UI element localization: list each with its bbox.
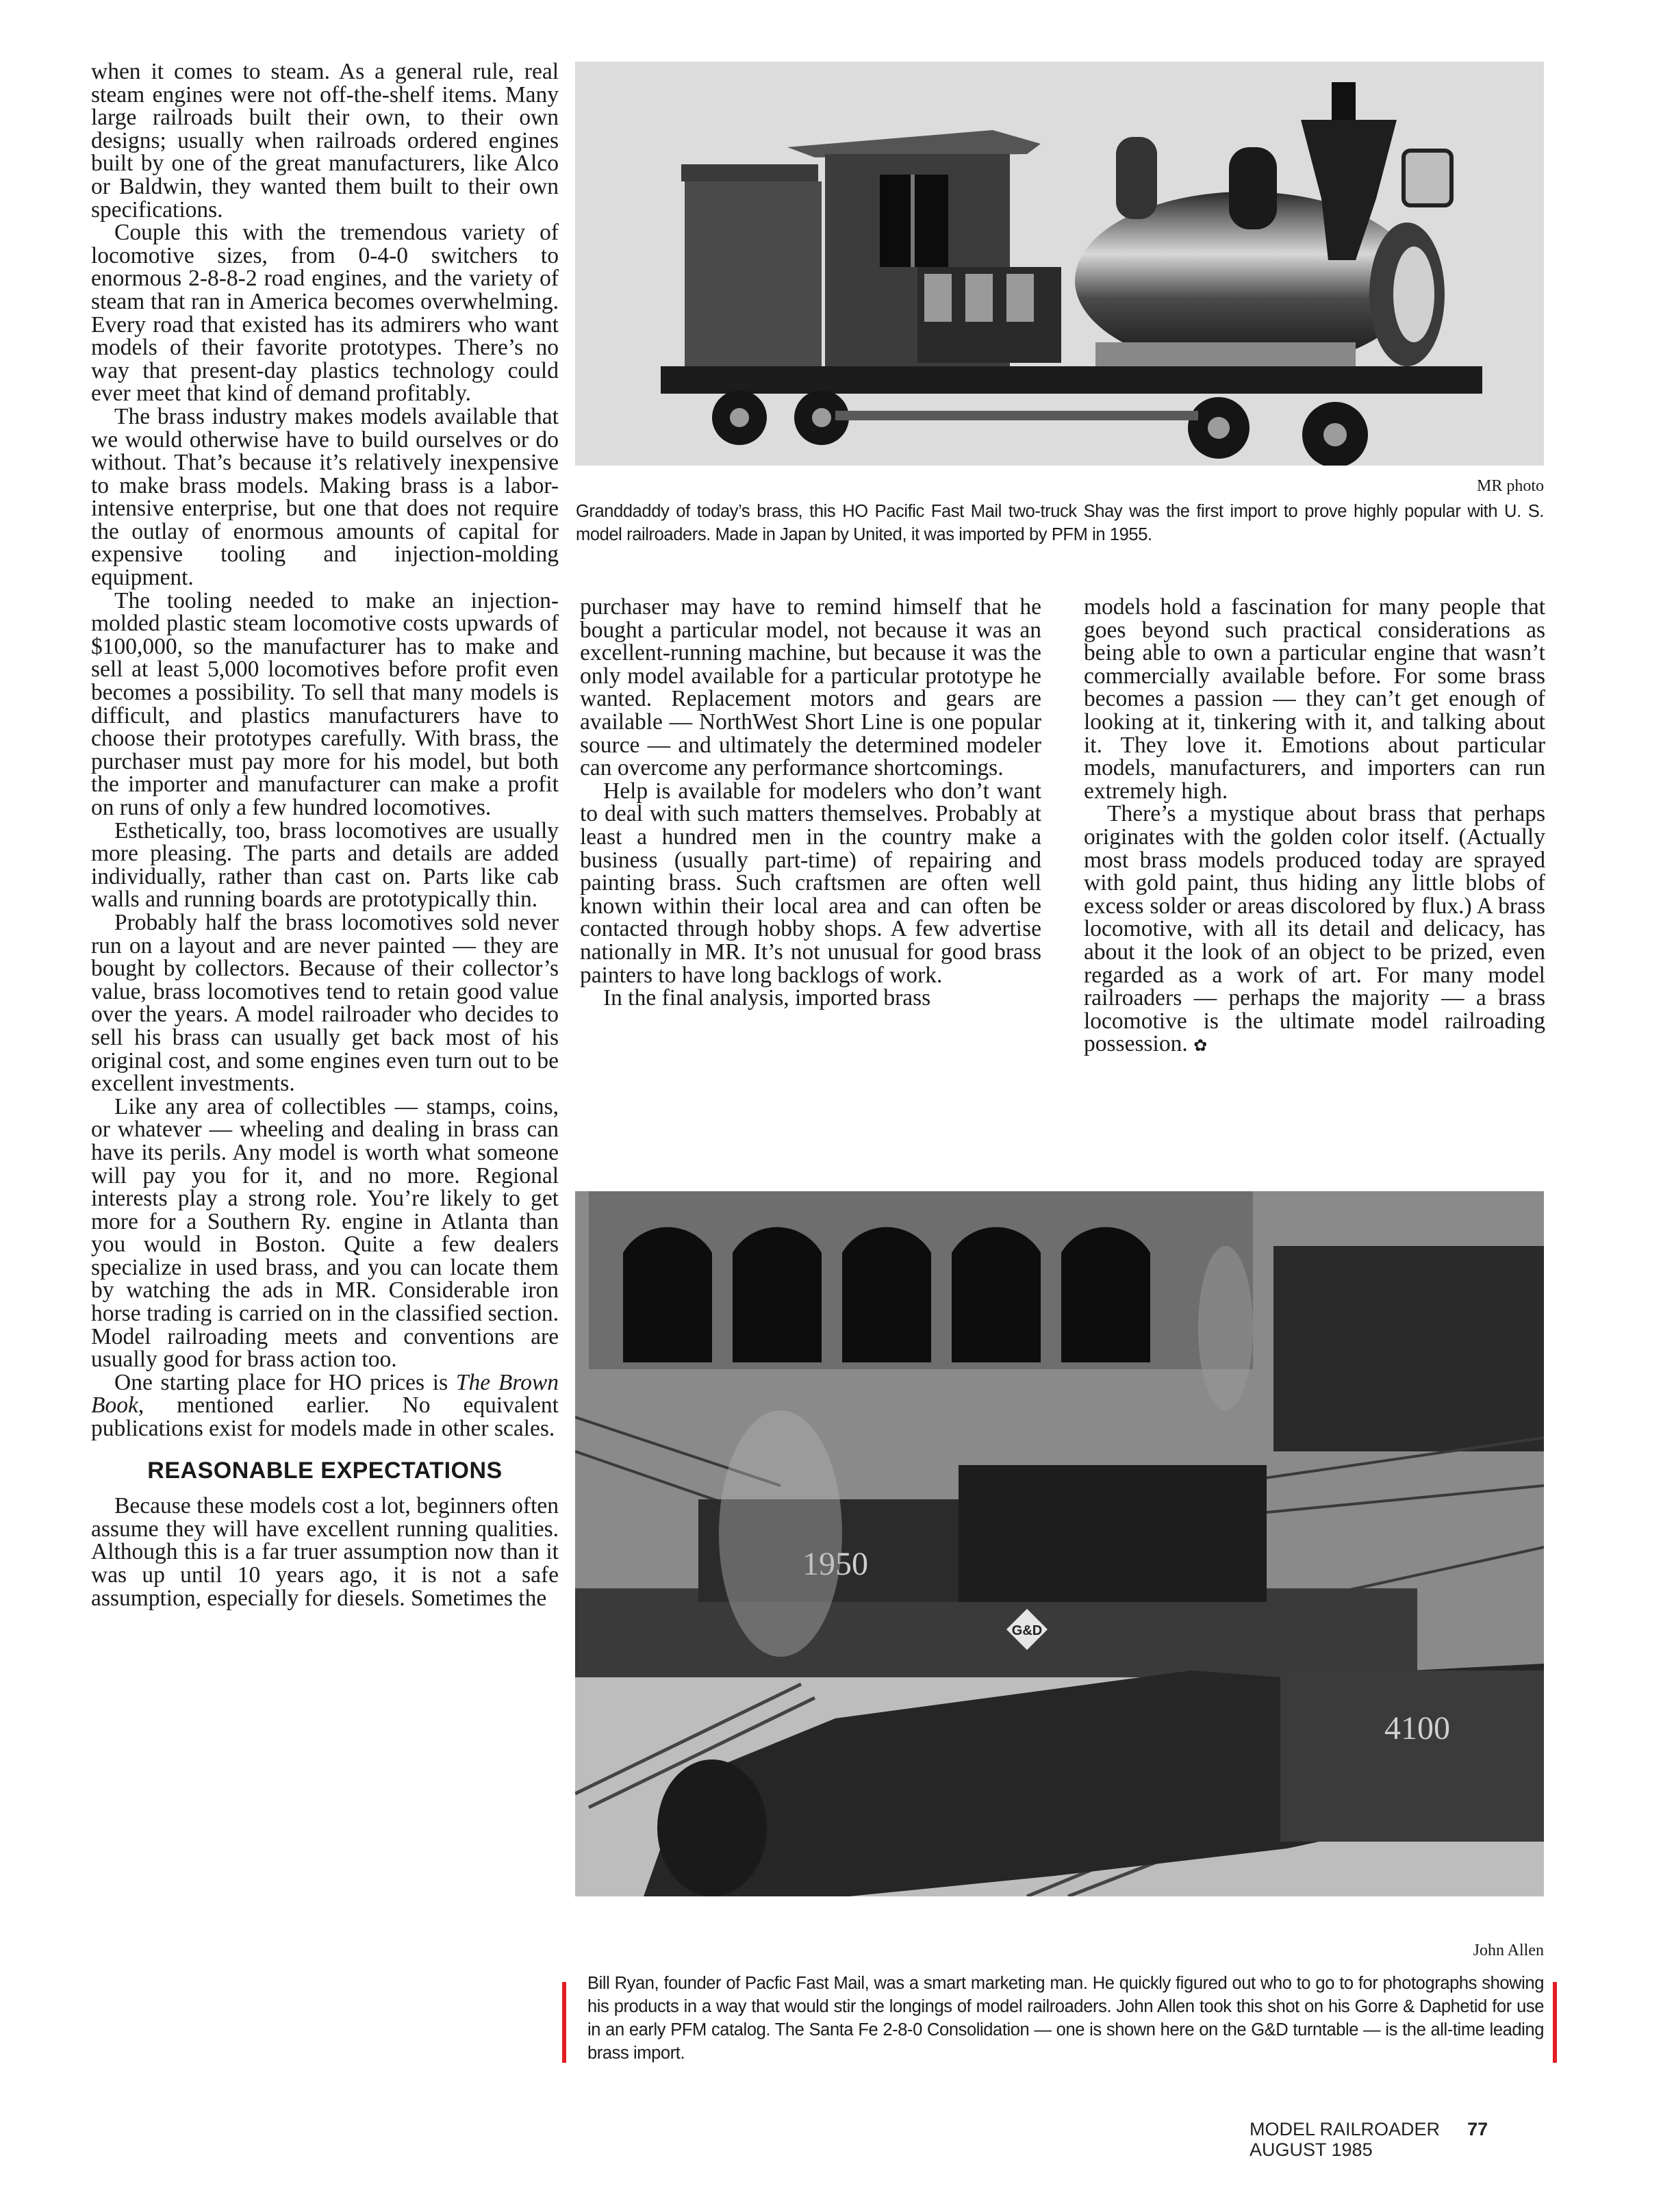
caption-accent-bar-left: [562, 1982, 566, 2063]
caption-accent-bar-right: [1553, 1982, 1557, 2063]
paragraph: Couple this with the tremendous variety …: [91, 221, 559, 405]
issue-date: AUGUST 1985: [1250, 2139, 1488, 2160]
photo-caption: Granddaddy of today’s brass, this HO Pac…: [576, 500, 1544, 546]
page-footer: MODEL RAILROADER77 AUGUST 1985: [1250, 2119, 1488, 2160]
photo-credit: John Allen: [1369, 1942, 1544, 1960]
article-column-2: purchaser may have to remind himself tha…: [580, 596, 1041, 1010]
paragraph: models hold a fascination for many peopl…: [1084, 596, 1545, 802]
paragraph: Because these models cost a lot, beginne…: [91, 1495, 559, 1610]
article-column-1: when it comes to steam. As a general rul…: [91, 60, 559, 1610]
paragraph: The tooling needed to make an injection-…: [91, 589, 559, 819]
turntable-emblem: G&D: [1012, 1623, 1042, 1638]
paragraph-brown-book: One starting place for HO prices is The …: [91, 1371, 559, 1440]
end-of-article-icon: ✿: [1193, 1036, 1207, 1055]
paragraph: In the final analysis, imported brass: [580, 987, 1041, 1010]
shay-locomotive-photo: [575, 62, 1544, 466]
locomotive-illustration: [575, 62, 1544, 466]
paragraph: Esthetically, too, brass locomotives are…: [91, 819, 559, 911]
paragraph: Help is available for modelers who don’t…: [580, 780, 1041, 987]
page-number: 77: [1467, 2119, 1488, 2139]
article-column-3: models hold a fascination for many peopl…: [1084, 596, 1545, 1058]
paragraph: Like any area of collectibles — stamps, …: [91, 1095, 559, 1371]
paragraph: when it comes to steam. As a general rul…: [91, 60, 559, 221]
paragraph: purchaser may have to remind himself tha…: [580, 596, 1041, 780]
locomotive-number-4100: 4100: [1384, 1710, 1450, 1746]
roundhouse-illustration: G&D 1950 4100: [575, 1191, 1544, 1896]
photo-caption: Bill Ryan, founder of Pacfic Fast Mail, …: [587, 1972, 1544, 2065]
paragraph: There’s a mystique about brass that perh…: [1084, 802, 1545, 1058]
text: There’s a mystique about brass that perh…: [1084, 801, 1545, 1056]
turntable-scene-photo: G&D 1950 4100: [575, 1191, 1544, 1896]
footer-line-1: MODEL RAILROADER77: [1250, 2119, 1488, 2139]
publication-name: MODEL RAILROADER: [1250, 2119, 1440, 2139]
photo-credit: MR photo: [1369, 477, 1544, 496]
text: One starting place for HO prices is: [114, 1370, 456, 1395]
text: , mentioned earlier. No equivalent publi…: [91, 1393, 559, 1441]
paragraph: Probably half the brass locomotives sold…: [91, 911, 559, 1095]
section-heading: REASONABLE EXPECTATIONS: [91, 1460, 559, 1483]
paragraph: The brass industry makes models availabl…: [91, 405, 559, 589]
